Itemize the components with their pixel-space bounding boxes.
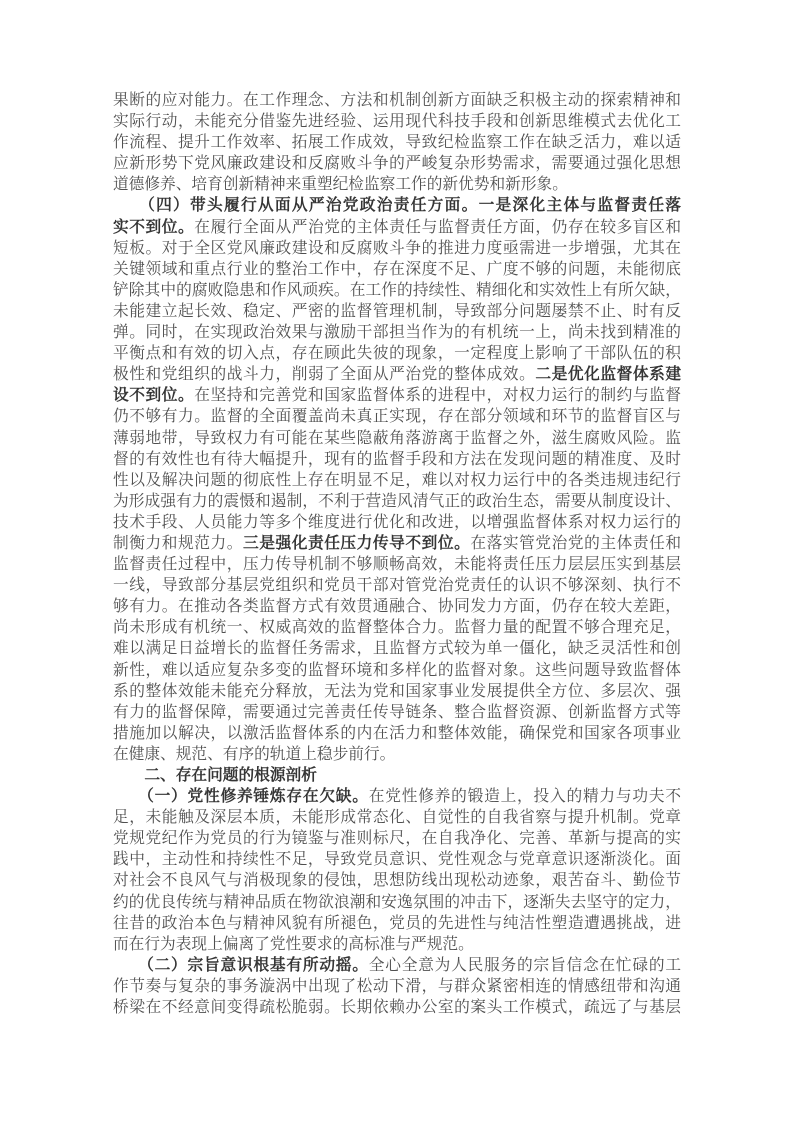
text-run: 未能建立起长效、稳定、严密的监督管理机制，导致部分问题屡禁不止、时有反 — [113, 303, 681, 320]
text-line: 桥梁在不经意间变得疏松脆弱。长期依赖办公室的案头工作模式，疏远了与基层 — [113, 997, 681, 1018]
text-run: 在坚持和完善党和国家监督体系的进程中，对权力运行的制约与监督 — [194, 387, 681, 404]
text-run: 措施加以解决，以激活监督体系的内在活力和整体效能，确保党和国家各项事业 — [113, 725, 681, 742]
text-run: 关键领域和重点行业的整治工作中，存在深度不足、广度不够的问题，未能彻底 — [113, 261, 681, 278]
text-run: 极性和党组织的战斗力，削弱了全面从严治党的整体成效。 — [113, 366, 535, 383]
text-run: 技术手段、人员能力等多个维度进行优化和改进，以增强监督体系对权力运行的 — [113, 514, 681, 531]
text-line: 道德修养、培育创新精神来重塑纪检监察工作的新优势和新形象。 — [113, 174, 681, 195]
text-run: 作流程、提升工作效率、拓展工作成效，导致纪检监察工作在缺乏活力，难以适 — [113, 134, 681, 151]
text-line: 极性和党组织的战斗力，削弱了全面从严治党的整体成效。二是优化监督体系建 — [113, 364, 681, 385]
text-line: 往昔的政治本色与精神风貌有所褪色，党员的先进性与纯洁性塑造遭遇挑战，进 — [113, 913, 681, 934]
text-line: 作流程、提升工作效率、拓展工作成效，导致纪检监察工作在缺乏活力，难以适 — [113, 132, 681, 153]
document-page: 果断的应对能力。在工作理念、方法和机制创新方面缺乏积极主动的探索精神和实际行动，… — [0, 0, 793, 1122]
text-line: 应新形势下党风廉政建设和反腐败斗争的严峻复杂形势需求，需要通过强化思想 — [113, 153, 681, 174]
text-line: 督的有效性也有待大幅提升，现有的监督手段和方法在发现问题的精准度、及时 — [113, 449, 681, 470]
text-line: 制衡力和规范力。三是强化责任压力传导不到位。在落实管党治党的主体责任和 — [113, 533, 681, 554]
text-run: 应新形势下党风廉政建设和反腐败斗争的严峻复杂形势需求，需要通过强化思想 — [113, 155, 681, 172]
text-line: 约的优良传统与精神品质在物欲浪潮和安逸氛围的冲击下，逐渐失去坚守的定力， — [113, 892, 681, 913]
text-line: 足，未能触及深层本质，未能形成常态化、自觉性的自我省察与提升机制。党章 — [113, 807, 681, 828]
text-run: 有力的监督保障，需要通过完善责任传导链条、整合监督资源、创新监督方式等 — [113, 704, 681, 721]
text-run: 难以满足日益增长的监督任务需求，且监督方式较为单一僵化，缺乏灵活性和创 — [113, 640, 681, 657]
text-run: 在履行全面从严治党的主体责任与监督责任方面，仍存在较多盲区和 — [194, 219, 681, 236]
text-run: 为形成强有力的震慑和遏制，不利于营造风清气正的政治生态，需要从制度设计、 — [113, 493, 681, 510]
text-run: 平衡点和有效的切入点，存在顾此失彼的现象，一定程度上影响了干部队伍的积 — [113, 345, 681, 362]
text-run: 在落实管党治党的主体责任和 — [470, 535, 681, 552]
text-line: 平衡点和有效的切入点，存在顾此失彼的现象，一定程度上影响了干部队伍的积 — [113, 343, 681, 364]
text-run: 监督责任过程中，压力传导机制不够顺畅高效，未能将责任压力层层压实到基层 — [113, 556, 681, 573]
bold-run: 实不到位。 — [113, 219, 194, 236]
text-line: 在健康、规范、有序的轨道上稳步前行。 — [113, 744, 681, 765]
text-line: （二）宗旨意识根基有所动摇。全心全意为人民服务的宗旨信念在忙碌的工 — [113, 955, 681, 976]
text-line: 弹。同时，在实现政治效果与激励干部担当作为的有机统一上，尚未找到精准的 — [113, 322, 681, 343]
text-line: 实不到位。在履行全面从严治党的主体责任与监督责任方面，仍存在较多盲区和 — [113, 217, 681, 238]
text-line: 践中，主动性和持续性不足，导致党员意识、党性观念与党章意识逐渐淡化。面 — [113, 849, 681, 870]
text-run: 够有力。在推动各类监督方式有效贯通融合、协同发力方面，仍存在较大差距， — [113, 598, 681, 615]
text-run: 果断的应对能力。在工作理念、方法和机制创新方面缺乏积极主动的探索精神和 — [113, 92, 681, 109]
text-run: 性以及解决问题的彻底性上存在明显不足，难以对权力运行中的各类违规违纪行 — [113, 472, 681, 489]
text-line: 难以满足日益增长的监督任务需求，且监督方式较为单一僵化，缺乏灵活性和创 — [113, 638, 681, 659]
text-line: 措施加以解决，以激活监督体系的内在活力和整体效能，确保党和国家各项事业 — [113, 723, 681, 744]
text-run: 仍不够有力。监督的全面覆盖尚未真正实现，存在部分领域和环节的监督盲区与 — [113, 408, 681, 425]
text-line: 党规党纪作为党员的行为镜鉴与准则标尺，在自我净化、完善、革新与提高的实 — [113, 828, 681, 849]
text-run: 薄弱地带，导致权力有可能在某些隐蔽角落游离于监督之外，滋生腐败风险。监 — [113, 430, 681, 447]
bold-run: （四）带头履行从面从严治党政治责任方面。一是深化主体与监督责任落 — [113, 197, 681, 214]
text-run: 而在行为表现上偏离了党性要求的高标准与严规范。 — [113, 936, 474, 953]
bold-run: 二、存在问题的根源剖析 — [113, 767, 317, 784]
text-line: 设不到位。在坚持和完善党和国家监督体系的进程中，对权力运行的制约与监督 — [113, 385, 681, 406]
text-run: 足，未能触及深层本质，未能形成常态化、自觉性的自我省察与提升机制。党章 — [113, 809, 681, 826]
text-run: 在党性修养的锻造上，投入的精力与功夫不 — [369, 788, 681, 805]
text-line: 薄弱地带，导致权力有可能在某些隐蔽角落游离于监督之外，滋生腐败风险。监 — [113, 428, 681, 449]
text-line: 对社会不良风气与消极现象的侵蚀，思想防线出现松动迹象，艰苦奋斗、勤俭节 — [113, 870, 681, 891]
text-line: （四）带头履行从面从严治党政治责任方面。一是深化主体与监督责任落 — [113, 195, 681, 216]
text-line: （一）党性修养锤炼存在欠缺。在党性修养的锻造上，投入的精力与功夫不 — [113, 786, 681, 807]
text-line: 尚未形成有机统一、权威高效的监督整体合力。监督力量的配置不够合理充足， — [113, 617, 681, 638]
text-line: 技术手段、人员能力等多个维度进行优化和改进，以增强监督体系对权力运行的 — [113, 512, 681, 533]
text-line: 二、存在问题的根源剖析 — [113, 765, 681, 786]
bold-run: （一）党性修养锤炼存在欠缺。 — [113, 788, 369, 805]
text-run: 短板。对于全区党风廉政建设和反腐败斗争的推进力度亟需进一步增强，尤其在 — [113, 240, 681, 257]
bold-run: （二）宗旨意识根基有所动摇。 — [113, 957, 369, 974]
text-run: 尚未形成有机统一、权威高效的监督整体合力。监督力量的配置不够合理充足， — [113, 619, 681, 636]
document-content: 果断的应对能力。在工作理念、方法和机制创新方面缺乏积极主动的探索精神和实际行动，… — [113, 90, 681, 1018]
text-line: 监督责任过程中，压力传导机制不够顺畅高效，未能将责任压力层层压实到基层 — [113, 554, 681, 575]
text-run: 实际行动，未能充分借鉴先进经验、运用现代科技手段和创新思维模式去优化工 — [113, 113, 681, 130]
text-run: 弹。同时，在实现政治效果与激励干部担当作为的有机统一上，尚未找到精准的 — [113, 324, 681, 341]
text-line: 而在行为表现上偏离了党性要求的高标准与严规范。 — [113, 934, 681, 955]
text-run: 党规党纪作为党员的行为镜鉴与准则标尺，在自我净化、完善、革新与提高的实 — [113, 830, 681, 847]
text-line: 铲除其中的腐败隐患和作风顽疾。在工作的持续性、精细化和实效性上有所欠缺， — [113, 280, 681, 301]
text-run: 道德修养、培育创新精神来重塑纪检监察工作的新优势和新形象。 — [113, 176, 568, 193]
text-line: 够有力。在推动各类监督方式有效贯通融合、协同发力方面，仍存在较大差距， — [113, 596, 681, 617]
text-run: 铲除其中的腐败隐患和作风顽疾。在工作的持续性、精细化和实效性上有所欠缺， — [113, 282, 681, 299]
text-run: 桥梁在不经意间变得疏松脆弱。长期依赖办公室的案头工作模式，疏远了与基层 — [113, 999, 681, 1016]
text-run: 对社会不良风气与消极现象的侵蚀，思想防线出现松动迹象，艰苦奋斗、勤俭节 — [113, 872, 681, 889]
text-line: 果断的应对能力。在工作理念、方法和机制创新方面缺乏积极主动的探索精神和 — [113, 90, 681, 111]
text-line: 一线，导致部分基层党组织和党员干部对管党治党责任的认识不够深刻、执行不 — [113, 575, 681, 596]
text-run: 新性，难以适应复杂多变的监督环境和多样化的监督对象。这些问题导致监督体 — [113, 662, 681, 679]
bold-run: 三是强化责任压力传导不到位。 — [243, 535, 470, 552]
text-line: 性以及解决问题的彻底性上存在明显不足，难以对权力运行中的各类违规违纪行 — [113, 470, 681, 491]
text-line: 作节奏与复杂的事务漩涡中出现了松动下滑，与群众紧密相连的情感纽带和沟通 — [113, 976, 681, 997]
text-line: 系的整体效能未能充分释放，无法为党和国家事业发展提供全方位、多层次、强 — [113, 681, 681, 702]
text-line: 短板。对于全区党风廉政建设和反腐败斗争的推进力度亟需进一步增强，尤其在 — [113, 238, 681, 259]
text-run: 践中，主动性和持续性不足，导致党员意识、党性观念与党章意识逐渐淡化。面 — [113, 851, 681, 868]
bold-run: 设不到位。 — [113, 387, 194, 404]
text-line: 为形成强有力的震慑和遏制，不利于营造风清气正的政治生态，需要从制度设计、 — [113, 491, 681, 512]
text-line: 关键领域和重点行业的整治工作中，存在深度不足、广度不够的问题，未能彻底 — [113, 259, 681, 280]
text-run: 约的优良传统与精神品质在物欲浪潮和安逸氛围的冲击下，逐渐失去坚守的定力， — [113, 894, 681, 911]
text-run: 在健康、规范、有序的轨道上稳步前行。 — [113, 746, 395, 763]
text-run: 往昔的政治本色与精神风貌有所褪色，党员的先进性与纯洁性塑造遭遇挑战，进 — [113, 915, 681, 932]
text-run: 一线，导致部分基层党组织和党员干部对管党治党责任的认识不够深刻、执行不 — [113, 577, 681, 594]
text-run: 作节奏与复杂的事务漩涡中出现了松动下滑，与群众紧密相连的情感纽带和沟通 — [113, 978, 681, 995]
bold-run: 二是优化监督体系建 — [535, 366, 681, 383]
text-line: 未能建立起长效、稳定、严密的监督管理机制，导致部分问题屡禁不止、时有反 — [113, 301, 681, 322]
text-run: 全心全意为人民服务的宗旨信念在忙碌的工 — [369, 957, 681, 974]
text-line: 有力的监督保障，需要通过完善责任传导链条、整合监督资源、创新监督方式等 — [113, 702, 681, 723]
text-run: 系的整体效能未能充分释放，无法为党和国家事业发展提供全方位、多层次、强 — [113, 683, 681, 700]
text-run: 督的有效性也有待大幅提升，现有的监督手段和方法在发现问题的精准度、及时 — [113, 451, 681, 468]
text-line: 实际行动，未能充分借鉴先进经验、运用现代科技手段和创新思维模式去优化工 — [113, 111, 681, 132]
text-line: 仍不够有力。监督的全面覆盖尚未真正实现，存在部分领域和环节的监督盲区与 — [113, 406, 681, 427]
text-line: 新性，难以适应复杂多变的监督环境和多样化的监督对象。这些问题导致监督体 — [113, 660, 681, 681]
text-run: 制衡力和规范力。 — [113, 535, 243, 552]
